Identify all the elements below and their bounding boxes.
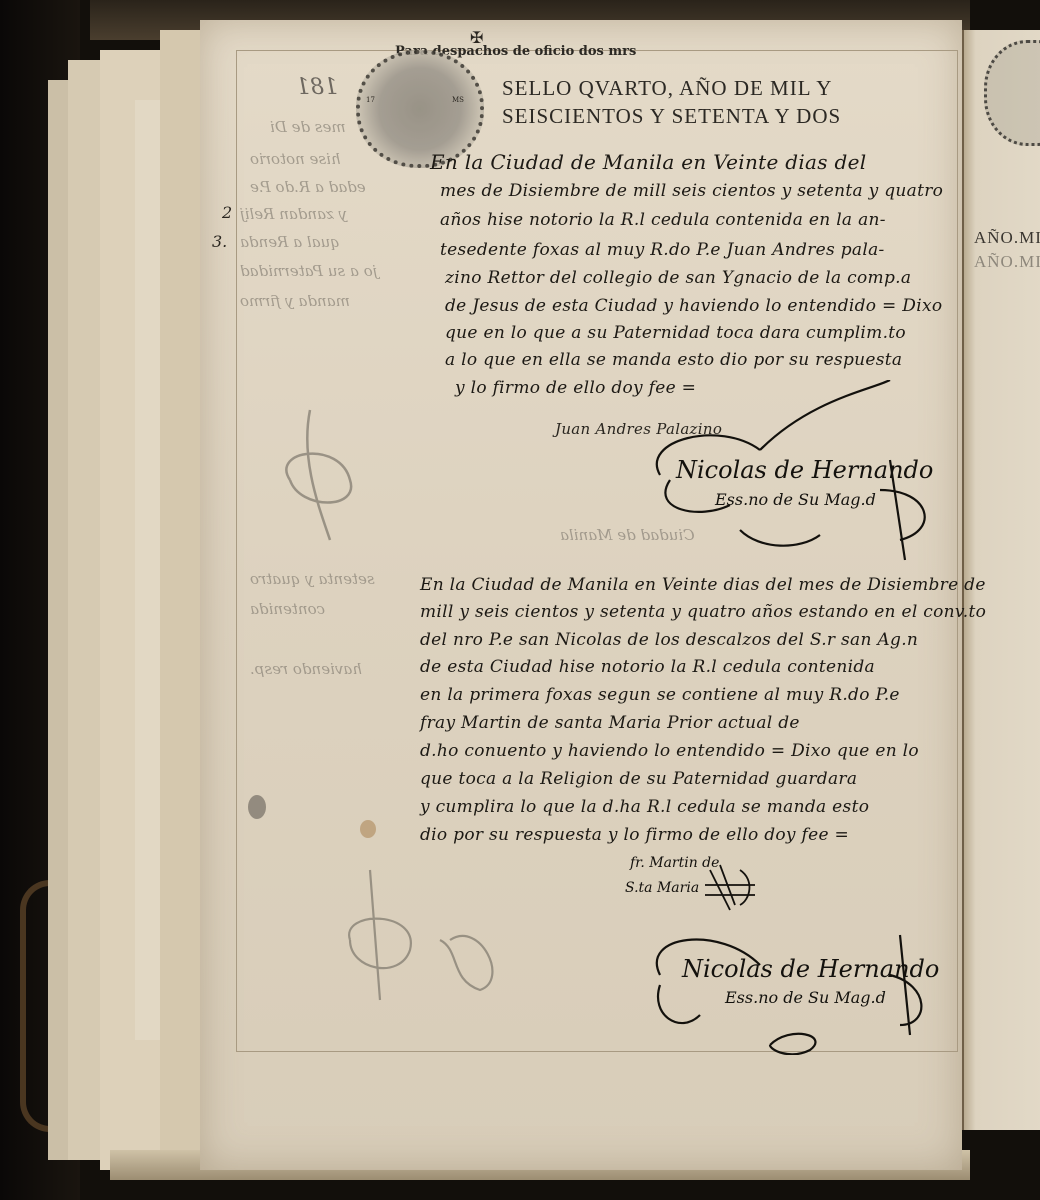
entry-1-line: mes de Disiembre de mill seis cientos y …	[440, 181, 943, 201]
bleed-through-text: mes de Di	[270, 118, 346, 136]
entry-2-line: del nro P.e san Nicolas de los descalzos…	[420, 630, 918, 650]
bleed-through-text: edad a R.do P.e	[250, 178, 366, 196]
bleed-through-text: jo a su Paternidad	[240, 262, 377, 280]
bleed-through-signature-flourish-icon	[270, 400, 400, 550]
entry-2-line: dio por su respuesta y lo firmo de ello …	[420, 825, 849, 845]
stamp-title-line-2: SEISCIENTOS Y SETENTA Y DOS	[502, 104, 841, 129]
margin-mark: 3.	[212, 232, 227, 251]
facing-page-header: AÑO.MI	[974, 228, 1040, 248]
seal-mark-right: MS	[452, 96, 464, 104]
entry-2-line: de esta Ciudad hise notorio la R.l cedul…	[420, 657, 875, 677]
prior-signature: S.ta Maria	[625, 880, 699, 896]
entry-2-line: y cumplira lo que la d.ha R.l cedula se …	[420, 797, 869, 817]
entry-1-line: años hise notorio la R.l cedula contenid…	[440, 210, 886, 230]
rubric-icon	[700, 860, 760, 920]
entry-2-line: d.ho conuento y haviendo lo entendido = …	[420, 741, 919, 761]
bleed-through-signature-flourish-icon	[340, 860, 540, 1010]
bleed-through-text: haviendo resp.	[250, 660, 362, 678]
entry-2-line: mill y seis cientos y setenta y quatro a…	[420, 602, 986, 622]
entry-2-line: En la Ciudad de Manila en Veinte dias de…	[420, 575, 986, 595]
folio-number-bleed: 181	[296, 75, 338, 100]
notary-signature: Nicolas de Hernando	[676, 456, 933, 484]
entry-1-line: tesedente foxas al muy R.do P.e Juan And…	[440, 240, 885, 260]
stamp-title-line-1: SELLO QVARTO, AÑO DE MIL Y	[502, 76, 832, 101]
entry-1-line: En la Ciudad de Manila en Veinte dias de…	[430, 150, 866, 174]
bleed-through-text: manda y firmo	[240, 292, 350, 310]
entry-2-line: fray Martin de santa Maria Prior actual …	[420, 713, 800, 733]
entry-1-line: zino Rettor del collegio de san Ygnacio …	[445, 268, 911, 288]
entry-2-line: en la primera foxas segun se contiene al…	[420, 685, 900, 705]
seal-mark-left: 17	[366, 96, 375, 104]
bleed-through-text: y zandan Relij	[240, 205, 347, 223]
bleed-through-text: contenida	[250, 600, 325, 618]
bleed-through-text: qual a Renda	[240, 233, 340, 251]
bleed-through-text: hise notorio	[250, 150, 341, 168]
notary-title: Ess.no de Su Mag.d	[715, 490, 876, 509]
facing-page-header-bleed: AÑO.MI	[974, 252, 1040, 272]
facing-page-seal	[984, 40, 1040, 146]
entry-1-line: a lo que en ella se manda esto dio por s…	[445, 350, 902, 370]
entry-2-line: que toca a la Religion de su Paternidad …	[420, 769, 857, 789]
margin-mark: 2	[222, 203, 232, 222]
entry-1-line: de Jesus de esta Ciudad y haviendo lo en…	[445, 296, 942, 316]
bleed-through-text: setenta y quatro	[250, 570, 375, 588]
entry-1-line: que en lo que a su Paternidad toca dara …	[445, 323, 906, 343]
ink-stain	[360, 820, 376, 838]
notary-signature: Nicolas de Hernando	[682, 955, 939, 983]
notary-title: Ess.no de Su Mag.d	[725, 988, 886, 1007]
ink-stain	[248, 795, 266, 819]
